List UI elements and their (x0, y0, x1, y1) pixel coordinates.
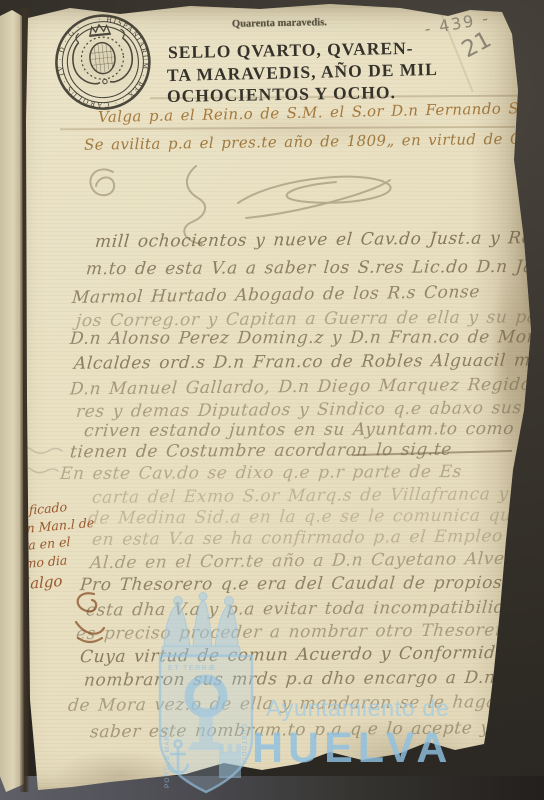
control-print: Quarenta maravedis. (232, 17, 327, 30)
body-line: carta del Exmo S.or Marq.s de Villafranc… (91, 484, 509, 508)
body-line: en esta V.a se ha confirmado p.a el Empl… (91, 526, 534, 550)
seal-ring-text: · HISPANIARUM · REX · · CAROLUS · IV · D… (51, 10, 156, 115)
body-line: D.n Manuel Gallardo, D.n Diego Marquez R… (69, 375, 532, 400)
body-line: Marmol Hurtado Abogado de los R.s Conse (71, 282, 480, 308)
body-line: En este Cav.do se dixo q.e p.r parte de … (59, 462, 463, 484)
manuscript-page: · HISPANIARUM · REX · · CAROLUS · IV · D… (0, 0, 544, 800)
crown-icon (89, 24, 110, 36)
paper-crease (60, 126, 515, 130)
document-scan: · HISPANIARUM · REX · · CAROLUS · IV · D… (0, 0, 544, 800)
sello-heading-line-2: TA MARAVEDIS, AÑO DE MIL (167, 59, 438, 86)
royal-seal-stamp: · HISPANIARUM · REX · · CAROLUS · IV · D… (43, 2, 166, 123)
body-line: Pro Thesorero q.e era del Caudal de prop… (79, 573, 533, 595)
body-line: de Mora vez.o de ella y mandaron se le h… (67, 692, 498, 716)
body-line: Cuya virtud de comun Acuerdo y Conformid… (79, 643, 518, 668)
body-line: Al.de en el Corr.te año a D.n Cayetano A… (89, 549, 525, 574)
notary-rubric-flourish (64, 588, 112, 646)
page-curl-shading (470, 0, 535, 800)
svg-text:· HISPANIARUM · REX · · CAROLU: · HISPANIARUM · REX · · CAROLUS · IV · D… (51, 10, 156, 115)
body-line: esta dha V.a y p.a evitar toda incompati… (85, 597, 528, 620)
body-line: tienen de Costumbre acordaron lo sig.te (69, 440, 453, 463)
body-line: de Medina Sid.a en la q.e se le comunica… (87, 505, 523, 528)
